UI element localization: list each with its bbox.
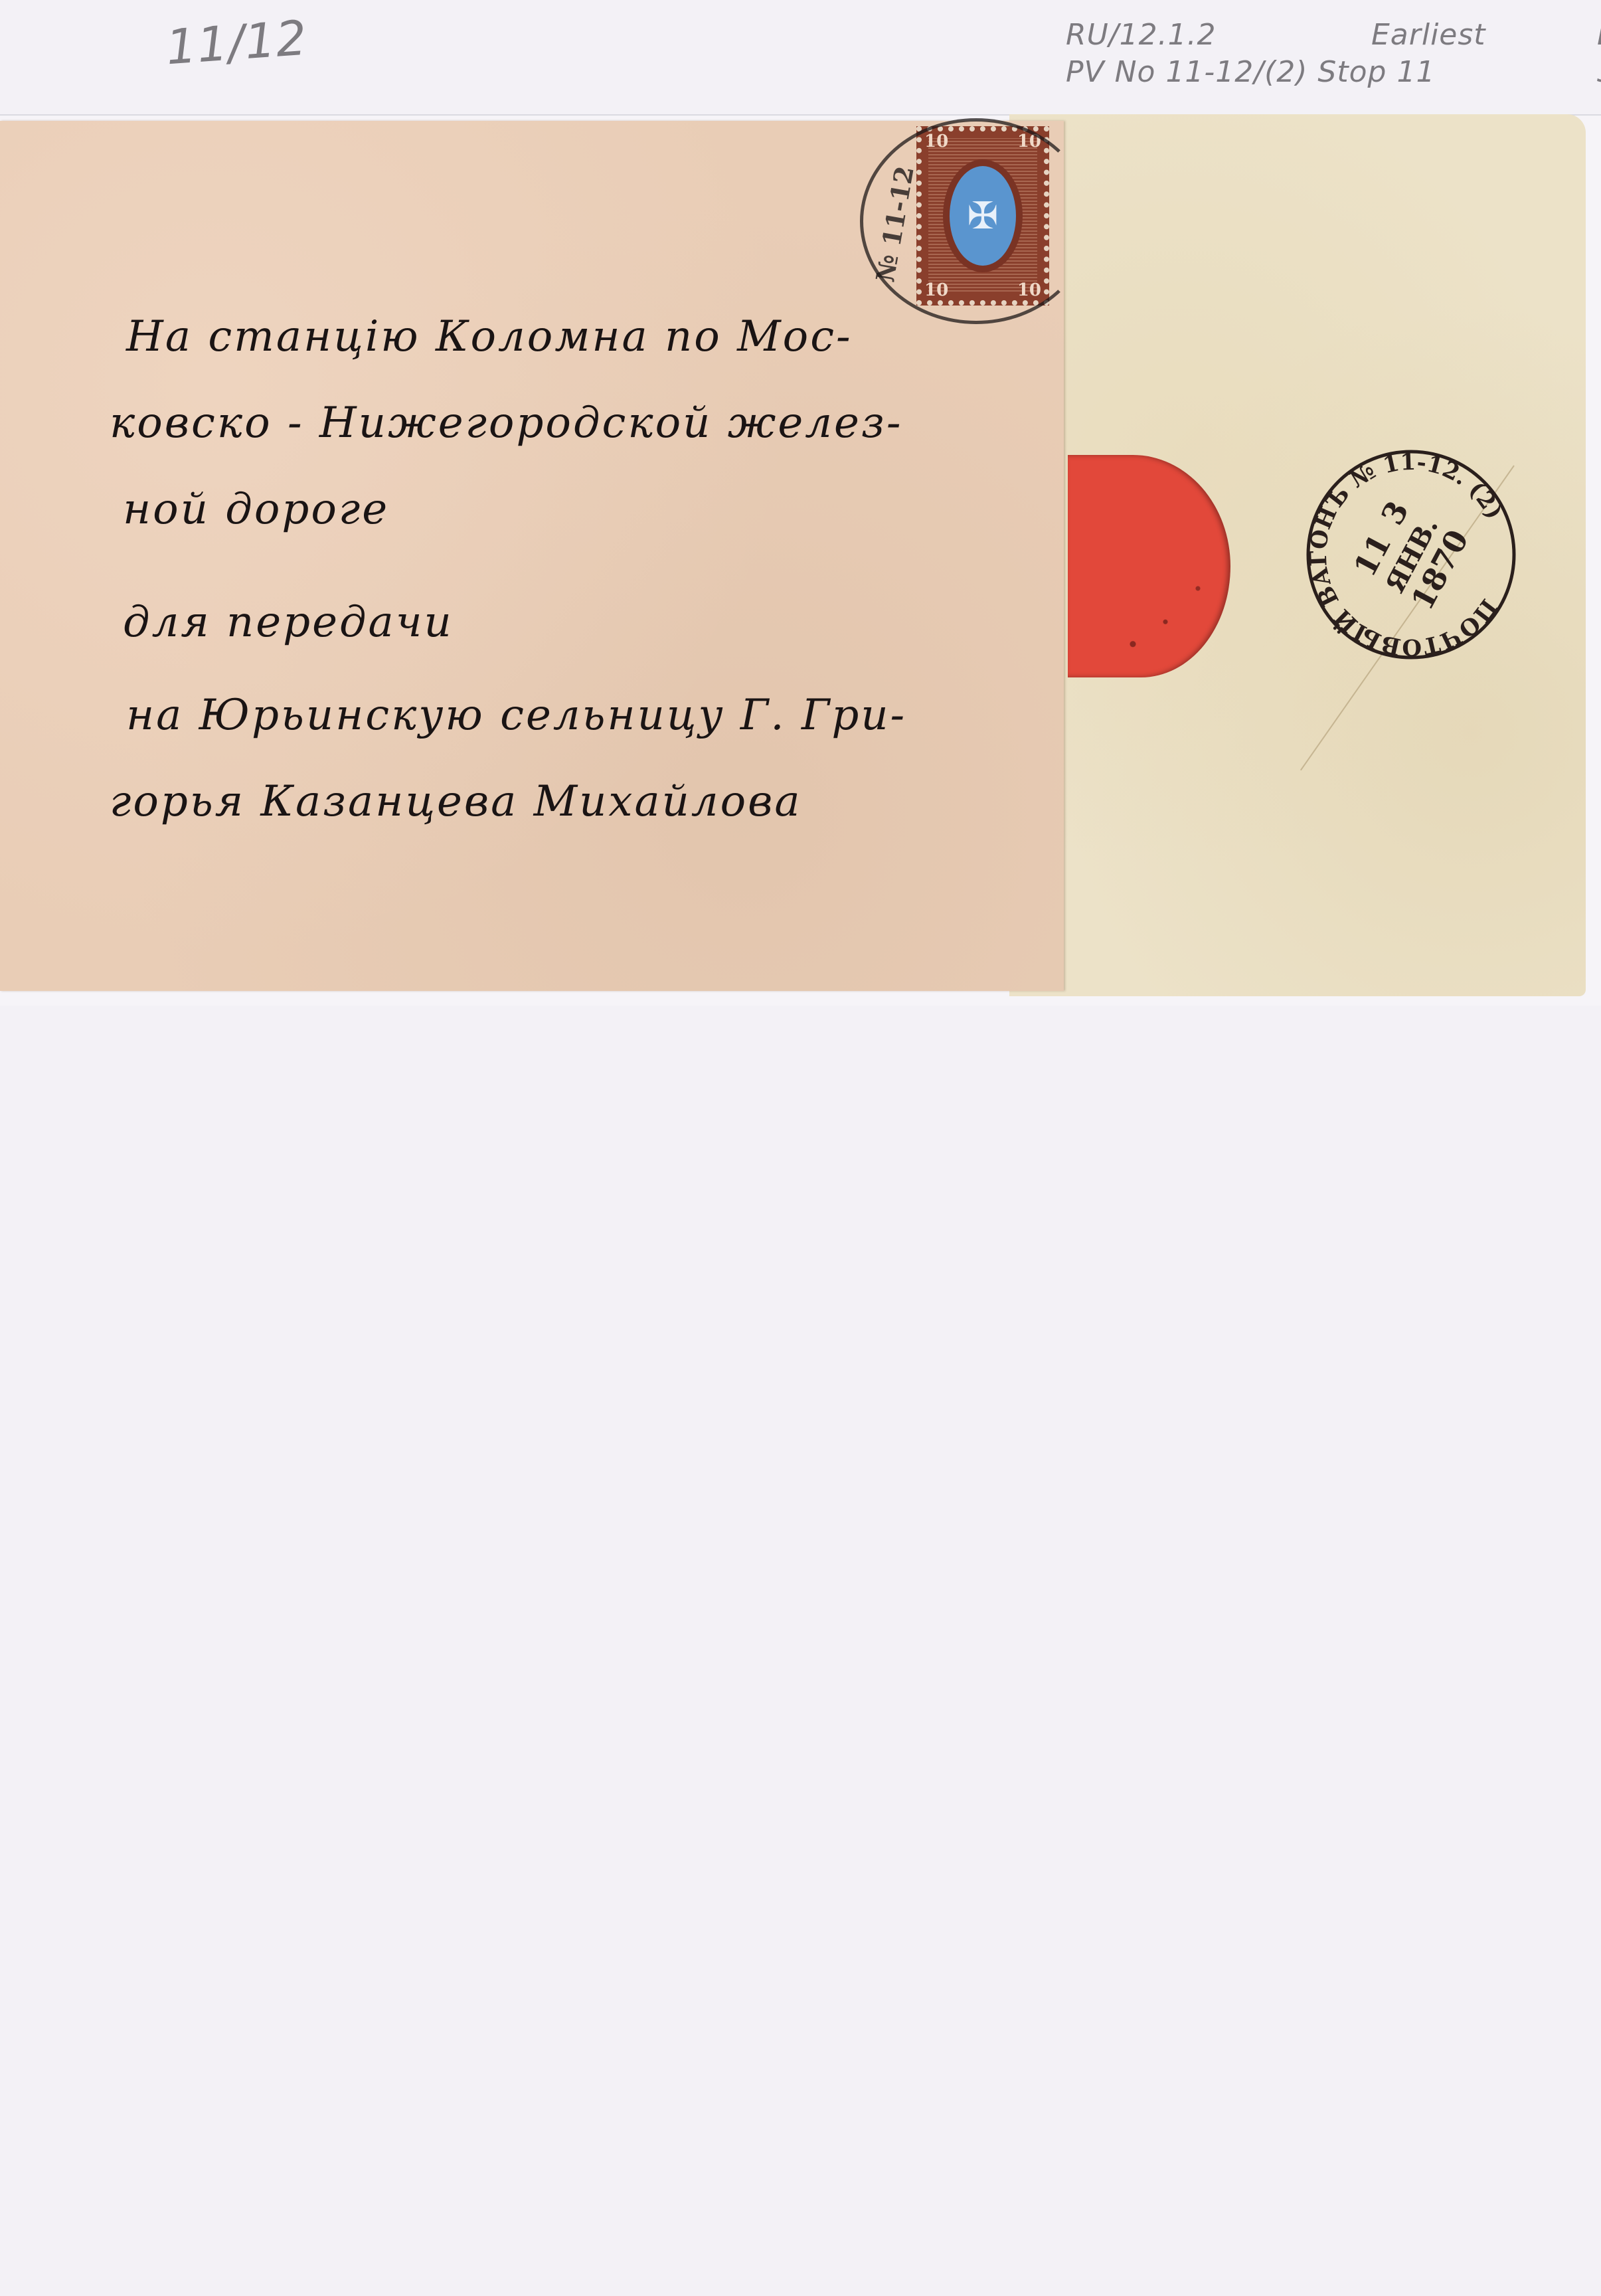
- address-line: на Юрьинскую сельницу Г. Гри-: [126, 691, 906, 740]
- address-line: На станцію Коломна по Мос-: [126, 312, 853, 361]
- address-line: ковско - Нижегородской желез-: [110, 398, 902, 448]
- catalog-ref: RU/12.1.2: [1066, 17, 1371, 54]
- postmark-description: PV No 11-12/(2) Stop 11: [1066, 54, 1597, 91]
- date-label: 3 JAN 18: [1597, 54, 1601, 91]
- address-line: ной дороге: [123, 485, 389, 534]
- grade-label: E: [1597, 17, 1601, 54]
- railway-postmark: ПОЧТОВЫЙ ВАГОНЪ № 11-12. (2) 11 3 ЯНВ. 1…: [1302, 445, 1521, 664]
- catalog-annotation: RU/12.1.2 Earliest E PV No 11-12/(2) Sto…: [1066, 17, 1601, 91]
- earliest-label: Earliest: [1371, 17, 1597, 54]
- address-line: для передачи: [123, 598, 454, 647]
- page-number-annotation: 11/12: [164, 10, 309, 76]
- address-line: горья Казанцева Михайлова: [110, 777, 802, 826]
